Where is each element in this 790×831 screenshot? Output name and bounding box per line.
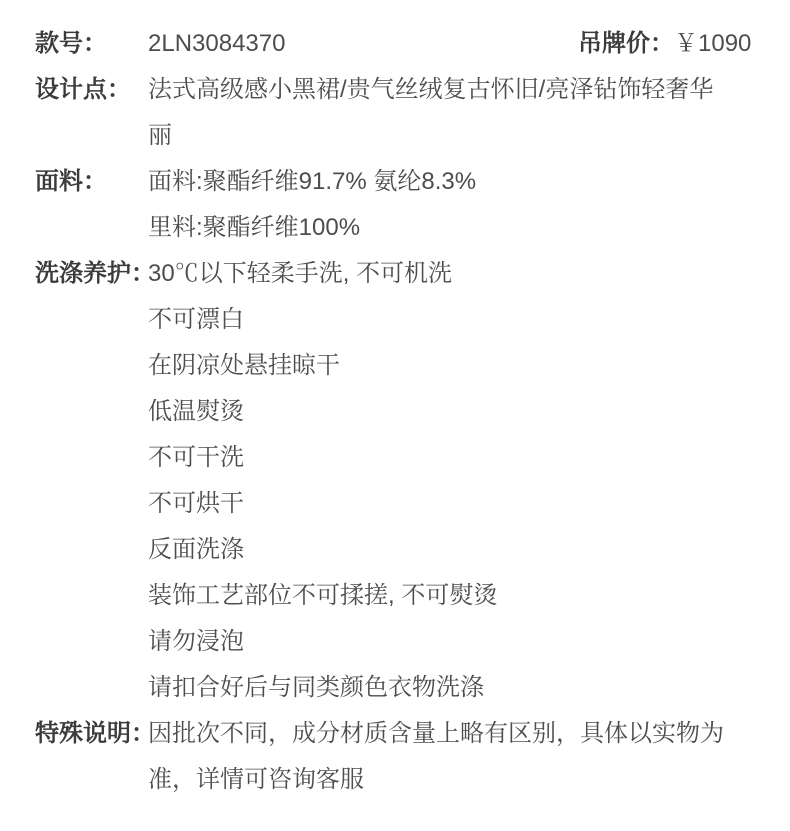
design-points-label: 设计点： [35, 67, 148, 113]
care-line: 装饰工艺部位不可揉搓, 不可熨烫 [148, 573, 728, 619]
spec-row-special-note: 特殊说明： 因批次不同，成分材质含量上略有区别，具体以实物为准，详情可咨询客服 [35, 711, 790, 803]
style-number-label: 款号： [35, 21, 148, 67]
care-line: 不可漂白 [148, 297, 728, 343]
design-points-value: 法式高级感小黑裙/贵气丝绒复古怀旧/亮泽钻饰轻奢华丽 [148, 67, 728, 159]
spec-row-care: 洗涤养护： 30℃以下轻柔手洗, 不可机洗 不可漂白 在阴凉处悬挂晾干 低温熨烫… [35, 251, 790, 711]
care-line: 反面洗涤 [148, 527, 728, 573]
fabric-line-shell: 面料:聚酯纤维91.7% 氨纶8.3% [148, 159, 728, 205]
care-line: 不可烘干 [148, 481, 728, 527]
product-spec-sheet: 款号： 2LN3084370 吊牌价： ￥1090 设计点： 法式高级感小黑裙/… [0, 0, 790, 803]
fabric-label: 面料： [35, 159, 148, 205]
tag-price-label: 吊牌价： [578, 21, 674, 67]
care-line: 在阴凉处悬挂晾干 [148, 343, 728, 389]
special-note-label: 特殊说明： [35, 711, 148, 757]
fabric-line-lining: 里料:聚酯纤维100% [148, 205, 728, 251]
special-note-value: 因批次不同，成分材质含量上略有区别，具体以实物为准，详情可咨询客服 [148, 711, 728, 803]
care-line: 30℃以下轻柔手洗, 不可机洗 [148, 251, 728, 297]
care-label: 洗涤养护： [35, 251, 148, 297]
spec-row-style-number: 款号： 2LN3084370 吊牌价： ￥1090 [35, 21, 790, 67]
spec-row-fabric: 面料： 面料:聚酯纤维91.7% 氨纶8.3% 里料:聚酯纤维100% [35, 159, 790, 251]
care-value: 30℃以下轻柔手洗, 不可机洗 不可漂白 在阴凉处悬挂晾干 低温熨烫 不可干洗 … [148, 251, 728, 711]
style-number-value: 2LN3084370 [148, 21, 578, 67]
care-line: 低温熨烫 [148, 389, 728, 435]
fabric-value: 面料:聚酯纤维91.7% 氨纶8.3% 里料:聚酯纤维100% [148, 159, 728, 251]
care-line: 不可干洗 [148, 435, 728, 481]
care-line: 请扣合好后与同类颜色衣物洗涤 [148, 665, 728, 711]
care-line: 请勿浸泡 [148, 619, 728, 665]
tag-price-value: ￥1090 [674, 21, 751, 67]
spec-row-design-points: 设计点： 法式高级感小黑裙/贵气丝绒复古怀旧/亮泽钻饰轻奢华丽 [35, 67, 790, 159]
